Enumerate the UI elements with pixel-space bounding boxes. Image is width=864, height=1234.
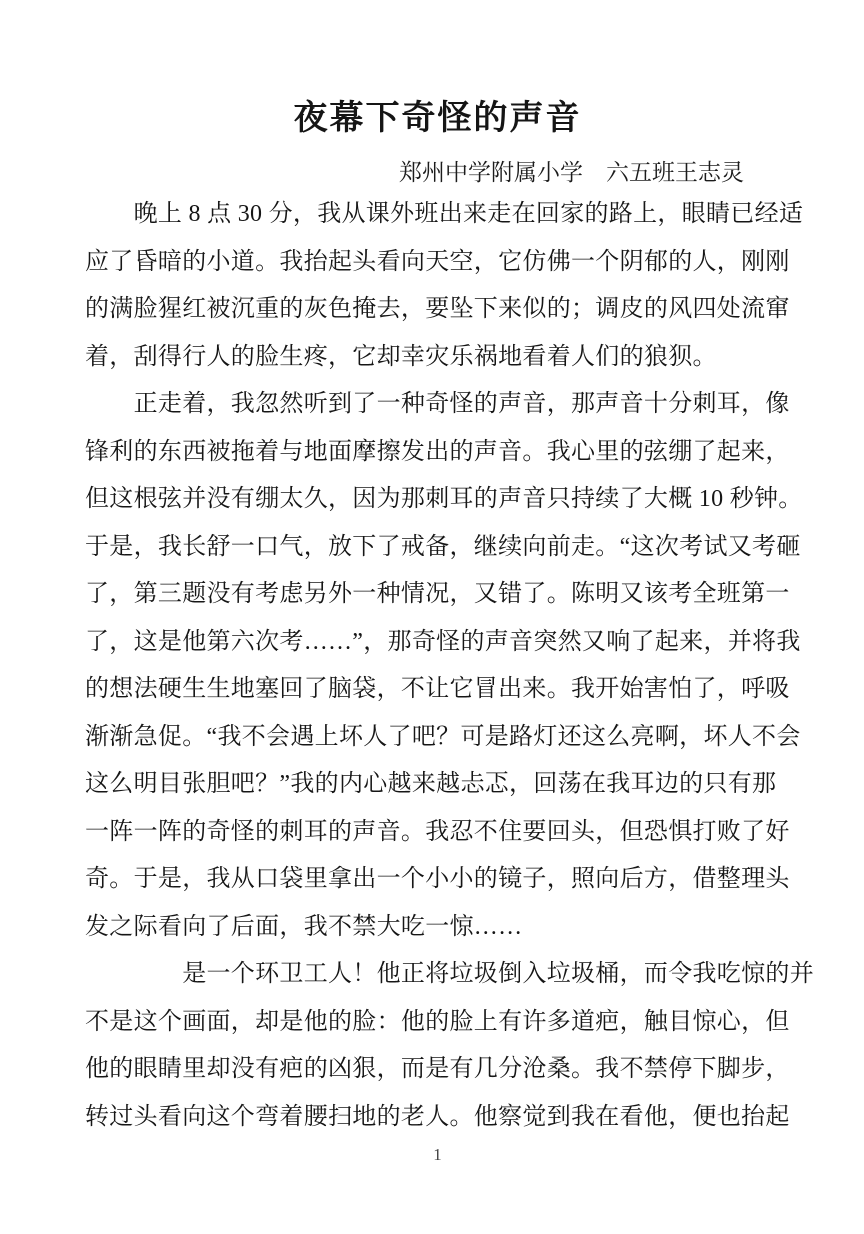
byline: 郑州中学附属小学 六五班王志灵 bbox=[85, 157, 790, 189]
paragraph: 晚上 8 点 30 分，我从课外班出来走在回家的路上，眼睛已经适应了昏暗的小道。… bbox=[85, 191, 790, 381]
text-line: 晚上 8 点 30 分，我从课外班出来走在回家的路上，眼睛已经适 bbox=[85, 191, 790, 239]
text-line: 应了昏暗的小道。我抬起头看向天空，它仿佛一个阴郁的人，刚刚 bbox=[85, 239, 790, 287]
text-line: 一阵一阵的奇怪的刺耳的声音。我忍不住要回头，但恐惧打败了好 bbox=[85, 809, 790, 857]
text-line: 了，这是他第六次考……”，那奇怪的声音突然又响了起来，并将我 bbox=[85, 619, 790, 667]
text-line: 正走着，我忽然听到了一种奇怪的声音，那声音十分刺耳，像 bbox=[85, 381, 790, 429]
text-line: 的满脸猩红被沉重的灰色掩去，要坠下来似的；调皮的风四处流窜 bbox=[85, 286, 790, 334]
paragraph: 是一个环卫工人！他正将垃圾倒入垃圾桶，而令我吃惊的并不是这个画面，却是他的脸：他… bbox=[85, 951, 790, 1141]
text-line: 的想法硬生生地塞回了脑袋，不让它冒出来。我开始害怕了，呼吸 bbox=[85, 666, 790, 714]
essay-body: 晚上 8 点 30 分，我从课外班出来走在回家的路上，眼睛已经适应了昏暗的小道。… bbox=[85, 191, 790, 1141]
text-line: 他的眼睛里却没有疤的凶狠，而是有几分沧桑。我不禁停下脚步， bbox=[85, 1046, 790, 1094]
text-line: 不是这个画面，却是他的脸：他的脸上有许多道疤，触目惊心，但 bbox=[85, 999, 790, 1047]
page-number: 1 bbox=[85, 1143, 790, 1167]
text-line: 这么明目张胆吧？”我的内心越来越忐忑，回荡在我耳边的只有那 bbox=[85, 761, 790, 809]
text-line: 了，第三题没有考虑另外一种情况，又错了。陈明又该考全班第一 bbox=[85, 571, 790, 619]
document-page: 夜幕下奇怪的声音 郑州中学附属小学 六五班王志灵 晚上 8 点 30 分，我从课… bbox=[0, 0, 864, 1234]
text-line: 锋利的东西被拖着与地面摩擦发出的声音。我心里的弦绷了起来， bbox=[85, 429, 790, 477]
text-line: 奇。于是，我从口袋里拿出一个小小的镜子，照向后方，借整理头 bbox=[85, 856, 790, 904]
essay-title: 夜幕下奇怪的声音 bbox=[85, 97, 790, 141]
text-line: 但这根弦并没有绷太久，因为那刺耳的声音只持续了大概 10 秒钟。 bbox=[85, 476, 790, 524]
text-line: 渐渐急促。“我不会遇上坏人了吧？可是路灯还这么亮啊，坏人不会 bbox=[85, 714, 790, 762]
text-line: 于是，我长舒一口气，放下了戒备，继续向前走。“这次考试又考砸 bbox=[85, 524, 790, 572]
text-line: 着，刮得行人的脸生疼，它却幸灾乐祸地看着人们的狼狈。 bbox=[85, 334, 790, 382]
text-line: 发之际看向了后面，我不禁大吃一惊…… bbox=[85, 904, 790, 952]
paragraph: 正走着，我忽然听到了一种奇怪的声音，那声音十分刺耳，像锋利的东西被拖着与地面摩擦… bbox=[85, 381, 790, 951]
text-line: 转过头看向这个弯着腰扫地的老人。他察觉到我在看他，便也抬起 bbox=[85, 1094, 790, 1142]
text-line: 是一个环卫工人！他正将垃圾倒入垃圾桶，而令我吃惊的并 bbox=[85, 951, 790, 999]
